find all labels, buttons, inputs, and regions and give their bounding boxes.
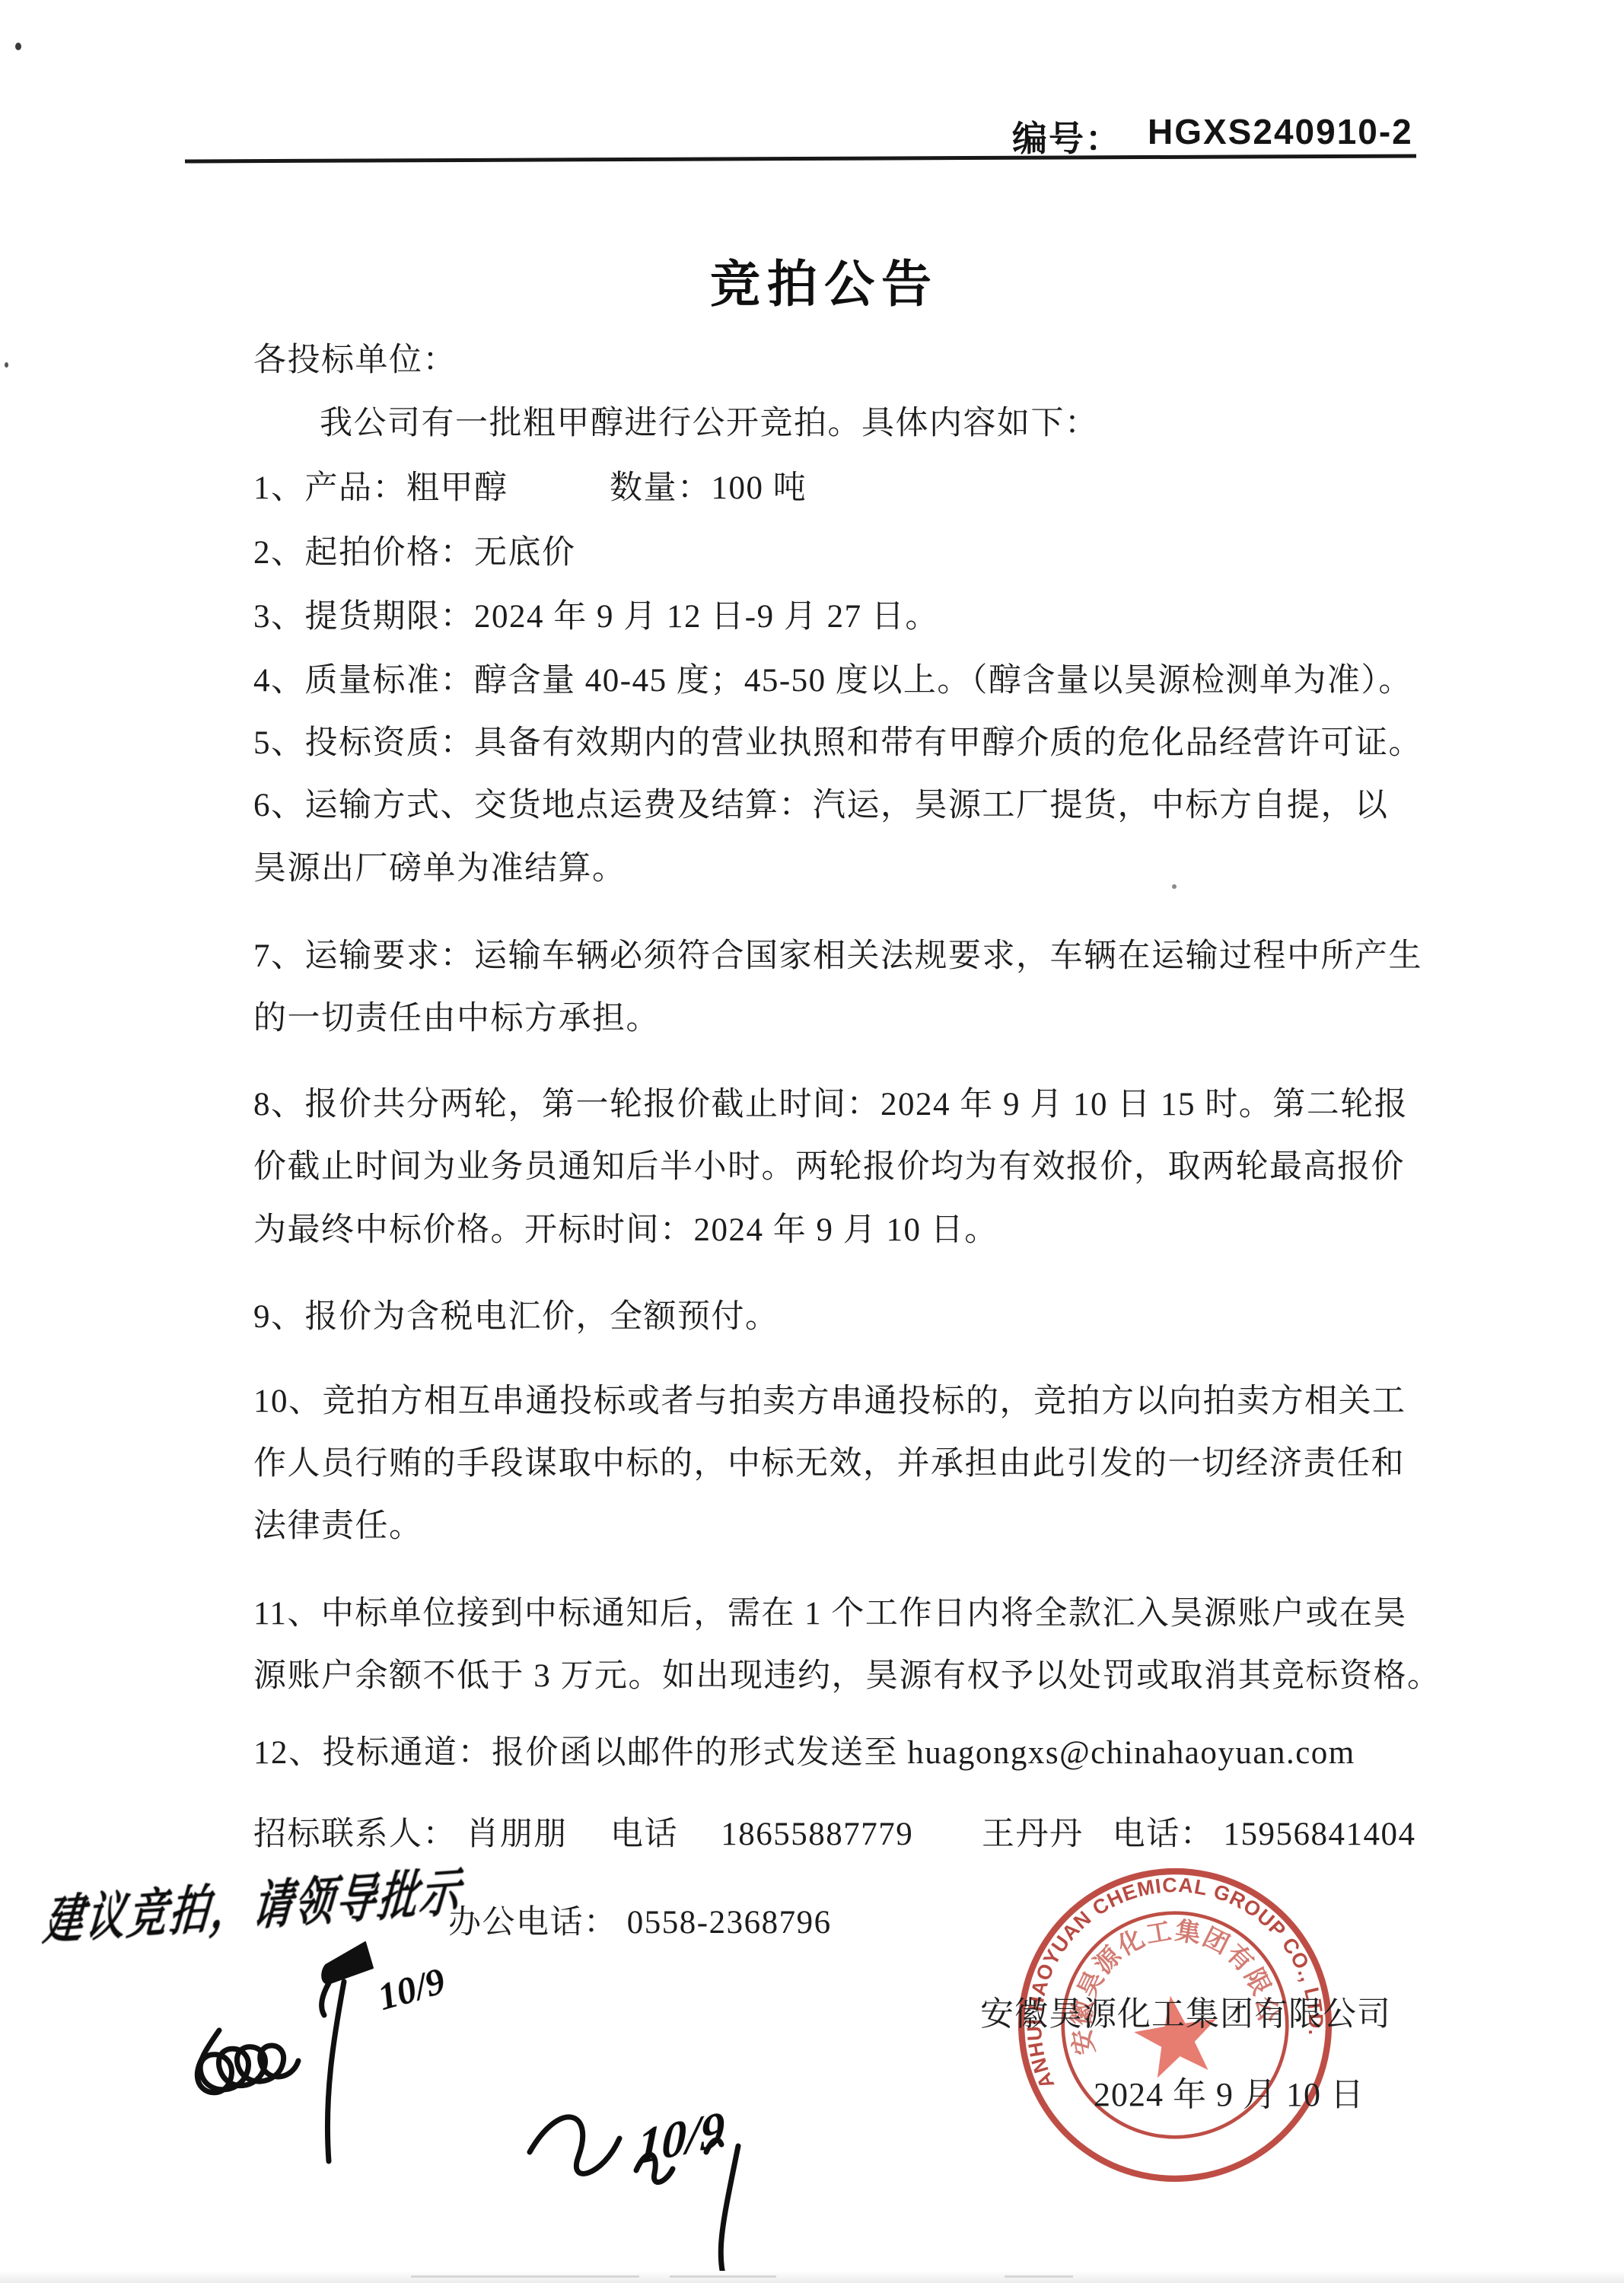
contact-primary: 招标联系人： 肖朋朋 电话 18655887779	[253, 1808, 913, 1855]
contact-office-phone: 0558-2368796	[627, 1904, 832, 1941]
scanned-auction-notice: 编号： HGXS240910-2 竞拍公告 各投标单位： 我公司有一批粗甲醇进行…	[0, 0, 1624, 2283]
body-line: 1、产品：粗甲醇 数量：100 吨	[253, 470, 807, 507]
body-line: 8、报价共分两轮，第一轮报价截止时间：2024 年 9 月 10 日 15 时。…	[253, 1087, 1408, 1123]
body-line: 10、竞拍方相互串通投标或者与拍卖方串通投标的，竞拍方以向拍卖方相关工	[253, 1383, 1406, 1420]
header-rule	[185, 154, 1416, 163]
body-line: 源账户余额不低于 3 万元。如出现违约，昊源有权予以处罚或取消其竞标资格。	[253, 1658, 1441, 1695]
salutation: 各投标单位：	[253, 342, 457, 379]
body-line: 11、中标单位接到中标通知后，需在 1 个工作日内将全款汇入昊源账户或在昊	[253, 1596, 1407, 1632]
contact-secondary: 王丹丹 电话： 15956841404	[982, 1808, 1416, 1855]
scan-edge-band	[0, 2271, 1624, 2283]
page-title: 竞拍公告	[710, 244, 938, 316]
contact-office-label: 办公电话：	[448, 1896, 618, 1943]
contact-office: 办公电话： 0558-2368796	[448, 1896, 832, 1943]
body-line: 为最终中标价格。开标时间：2024 年 9 月 10 日。	[253, 1212, 998, 1249]
body-line: 4、质量标准：醇含量 40-45 度；45-50 度以上。（醇含量以昊源检测单为…	[253, 663, 1412, 699]
scan-speck	[15, 43, 21, 50]
body-line: 价截止时间为业务员通知后半小时。两轮报价均为有效报价，取两轮最高报价	[253, 1149, 1405, 1186]
scan-edge-mark	[411, 2275, 639, 2278]
body-line: 9、报价为含税电汇价，全额预付。	[253, 1299, 779, 1336]
body-line: 昊源出厂磅单为准结算。	[253, 851, 626, 887]
contact-primary-phone-label: 电话	[610, 1808, 678, 1855]
body-line: 法律责任。	[253, 1508, 423, 1545]
body-line: 12、投标通道：报价函以邮件的形式发送至 huagongxs@chinahaoy…	[253, 1735, 1355, 1772]
scan-edge-mark	[670, 2275, 776, 2278]
body-line: 7、运输要求：运输车辆必须符合国家相关法规要求，车辆在运输过程中所产生	[253, 938, 1422, 975]
contact-primary-phone: 18655887779	[721, 1816, 913, 1853]
contact-primary-label: 招标联系人：	[253, 1808, 457, 1855]
seal-overlay-company: 安徽昊源化工集团有限公司	[980, 1986, 1391, 2035]
body-line: 作人员行贿的手段谋取中标的，中标无效，并承担由此引发的一切经济责任和	[253, 1446, 1405, 1482]
body-line: 5、投标资质：具备有效期内的营业执照和带有甲醇介质的危化品经营许可证。	[253, 725, 1422, 762]
scan-edge-mark	[1005, 2275, 1073, 2278]
intro-line: 我公司有一批粗甲醇进行公开竞拍。具体内容如下：	[320, 406, 1099, 442]
body-line: 2、起拍价格：无底价	[253, 535, 576, 572]
contact-secondary-name: 王丹丹	[982, 1808, 1084, 1855]
ref-label: 编号：	[1012, 111, 1122, 161]
scan-speck	[5, 362, 8, 368]
body-line: 3、提货期限：2024 年 9 月 12 日-9 月 27 日。	[253, 599, 939, 635]
body-line: 6、运输方式、交货地点运费及结算：汽运，昊源工厂提货，中标方自提，以	[253, 788, 1389, 824]
contact-primary-name: 肖朋朋	[466, 1808, 568, 1855]
body-line: 的一切责任由中标方承担。	[253, 1001, 660, 1037]
contact-secondary-phone-label: 电话：	[1113, 1808, 1215, 1855]
scan-speck	[1172, 884, 1177, 889]
seal-overlay-date: 2024 年 9 月 10 日	[1094, 2067, 1364, 2116]
